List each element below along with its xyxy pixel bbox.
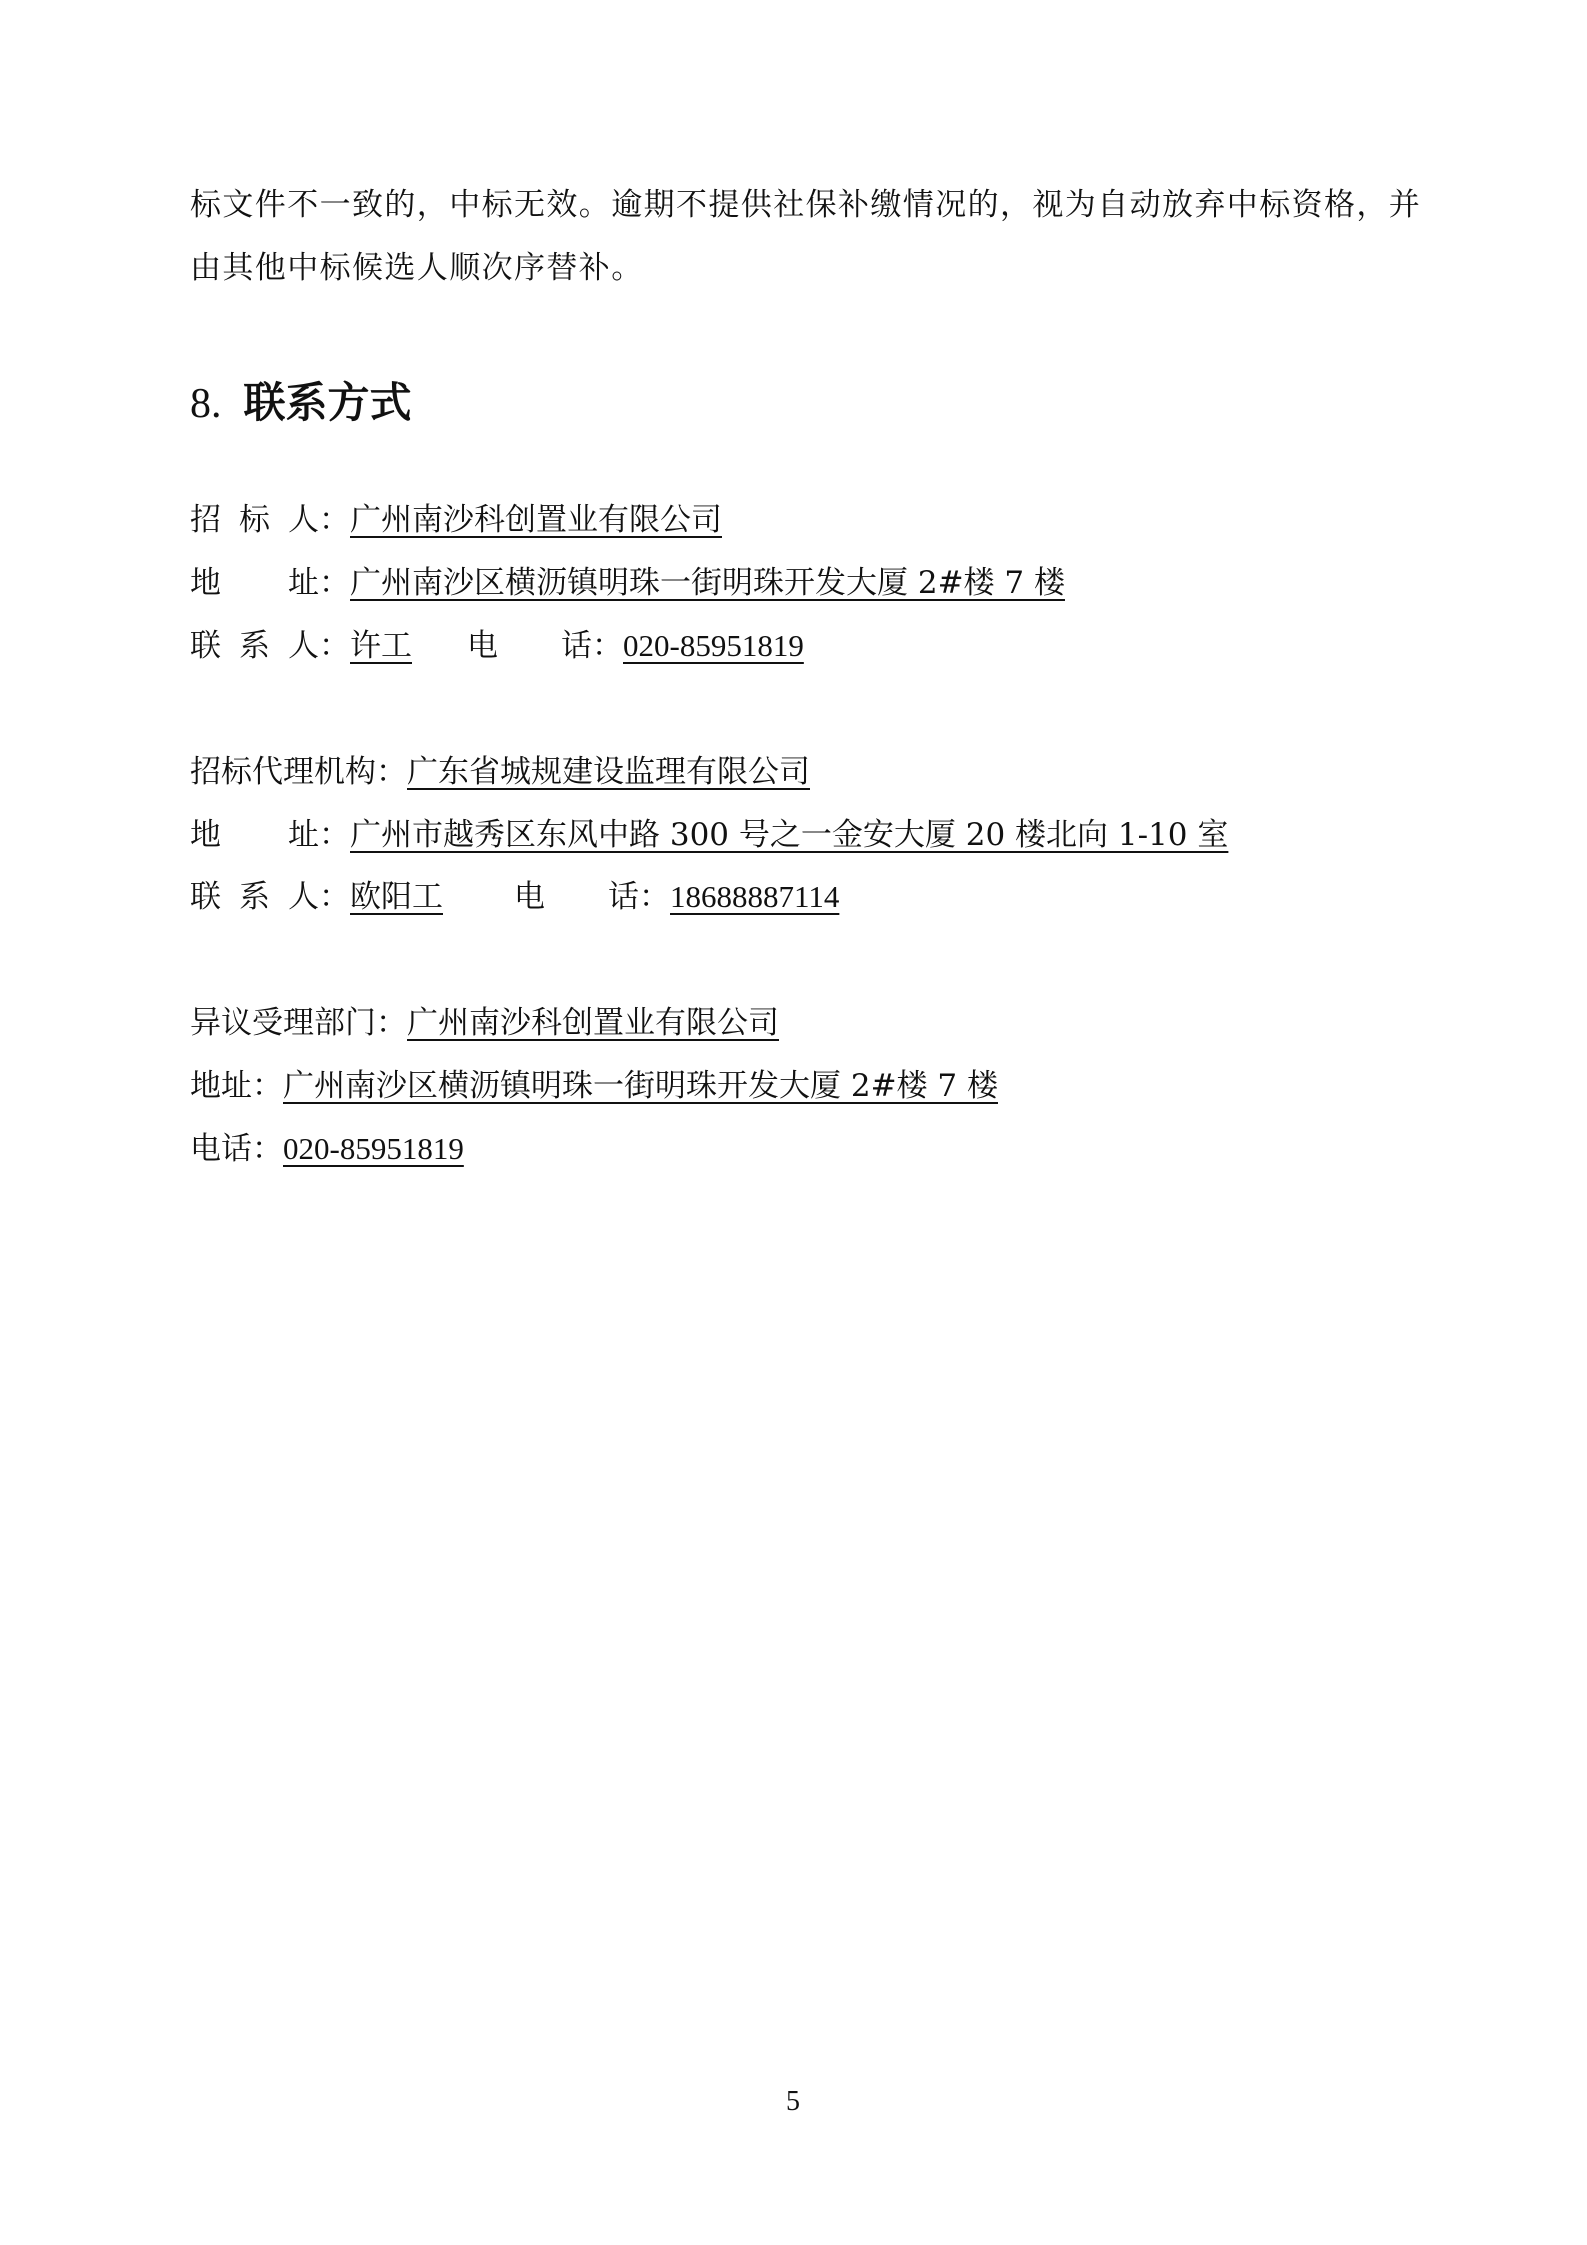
tenderer-address-label: 地 址： [190,563,350,603]
tenderer-name: 广州南沙科创置业有限公司 [350,502,722,538]
label-char: 招 [190,500,221,540]
label-char: 人： [288,500,350,540]
page-number: 5 [786,2086,800,2118]
tenderer-phone: 020-85951819 [623,628,804,663]
objection-name: 广州南沙科创置业有限公司 [407,1005,779,1041]
label-char: 地 [190,815,221,855]
agency-contact: 欧阳工 [350,877,446,917]
tenderer-phone-label-2: 话： [561,628,623,664]
tenderer-contact-row: 联 系 人： 许工电话：020-85951819 [190,626,804,666]
agency-contact-label: 联 系 人： [190,877,350,917]
tenderer-contact: 许工 [350,626,414,666]
agency-address-label: 地 址： [190,815,350,855]
label-char: 址： [288,563,350,603]
label-char: 联 [190,626,221,666]
agency-address-row: 地 址： 广州市越秀区东风中路 300 号之一金安大厦 20 楼北向 1-10 … [190,815,1228,855]
tenderer-name-row: 招 标 人： 广州南沙科创置业有限公司 [190,500,722,540]
tenderer-contact-label: 联 系 人： [190,626,350,666]
objection-address: 广州南沙区横沥镇明珠一街明珠开发大厦 2#楼 7 楼 [283,1068,998,1104]
paragraph-line-2: 由其他中标候选人顺次序替补。 [190,248,644,288]
agency-contact-row: 联 系 人： 欧阳工电话：18688887114 [190,877,839,917]
agency-name-row: 招标代理机构：广东省城规建设监理有限公司 [190,752,810,792]
agency-label: 招标代理机构： [190,754,407,790]
objection-phone: 020-85951819 [283,1131,464,1166]
label-char: 系 [239,626,270,666]
objection-label: 异议受理部门： [190,1005,407,1041]
tenderer-label: 招 标 人： [190,500,350,540]
agency-phone: 18688887114 [670,879,839,914]
objection-address-label: 地址： [190,1068,283,1104]
label-char: 联 [190,877,221,917]
section-heading: 8.联系方式 [190,378,412,429]
label-char: 地 [190,563,221,603]
tenderer-address: 广州南沙区横沥镇明珠一街明珠开发大厦 2#楼 7 楼 [350,565,1065,601]
objection-phone-row: 电话：020-85951819 [190,1129,464,1169]
tenderer-address-row: 地 址： 广州南沙区横沥镇明珠一街明珠开发大厦 2#楼 7 楼 [190,563,1065,603]
objection-phone-label: 电话： [190,1131,283,1167]
section-number: 8. [190,381,222,427]
label-char: 系 [239,877,270,917]
agency-phone-label-2: 话： [608,879,670,915]
agency-name: 广东省城规建设监理有限公司 [407,754,810,790]
paragraph-line-1: 标文件不一致的，中标无效。逾期不提供社保补缴情况的，视为自动放弃中标资格，并 [190,185,1421,225]
label-char: 标 [239,500,270,540]
objection-address-row: 地址：广州南沙区横沥镇明珠一街明珠开发大厦 2#楼 7 楼 [190,1066,998,1106]
label-char: 人： [288,626,350,666]
section-title: 联系方式 [244,378,412,427]
label-char: 址： [288,815,350,855]
tenderer-phone-label-1: 电 [467,628,498,664]
label-char: 人： [288,877,350,917]
agency-address: 广州市越秀区东风中路 300 号之一金安大厦 20 楼北向 1-10 室 [350,817,1228,853]
agency-phone-label-1: 电 [514,879,545,915]
objection-dept-row: 异议受理部门：广州南沙科创置业有限公司 [190,1003,779,1043]
